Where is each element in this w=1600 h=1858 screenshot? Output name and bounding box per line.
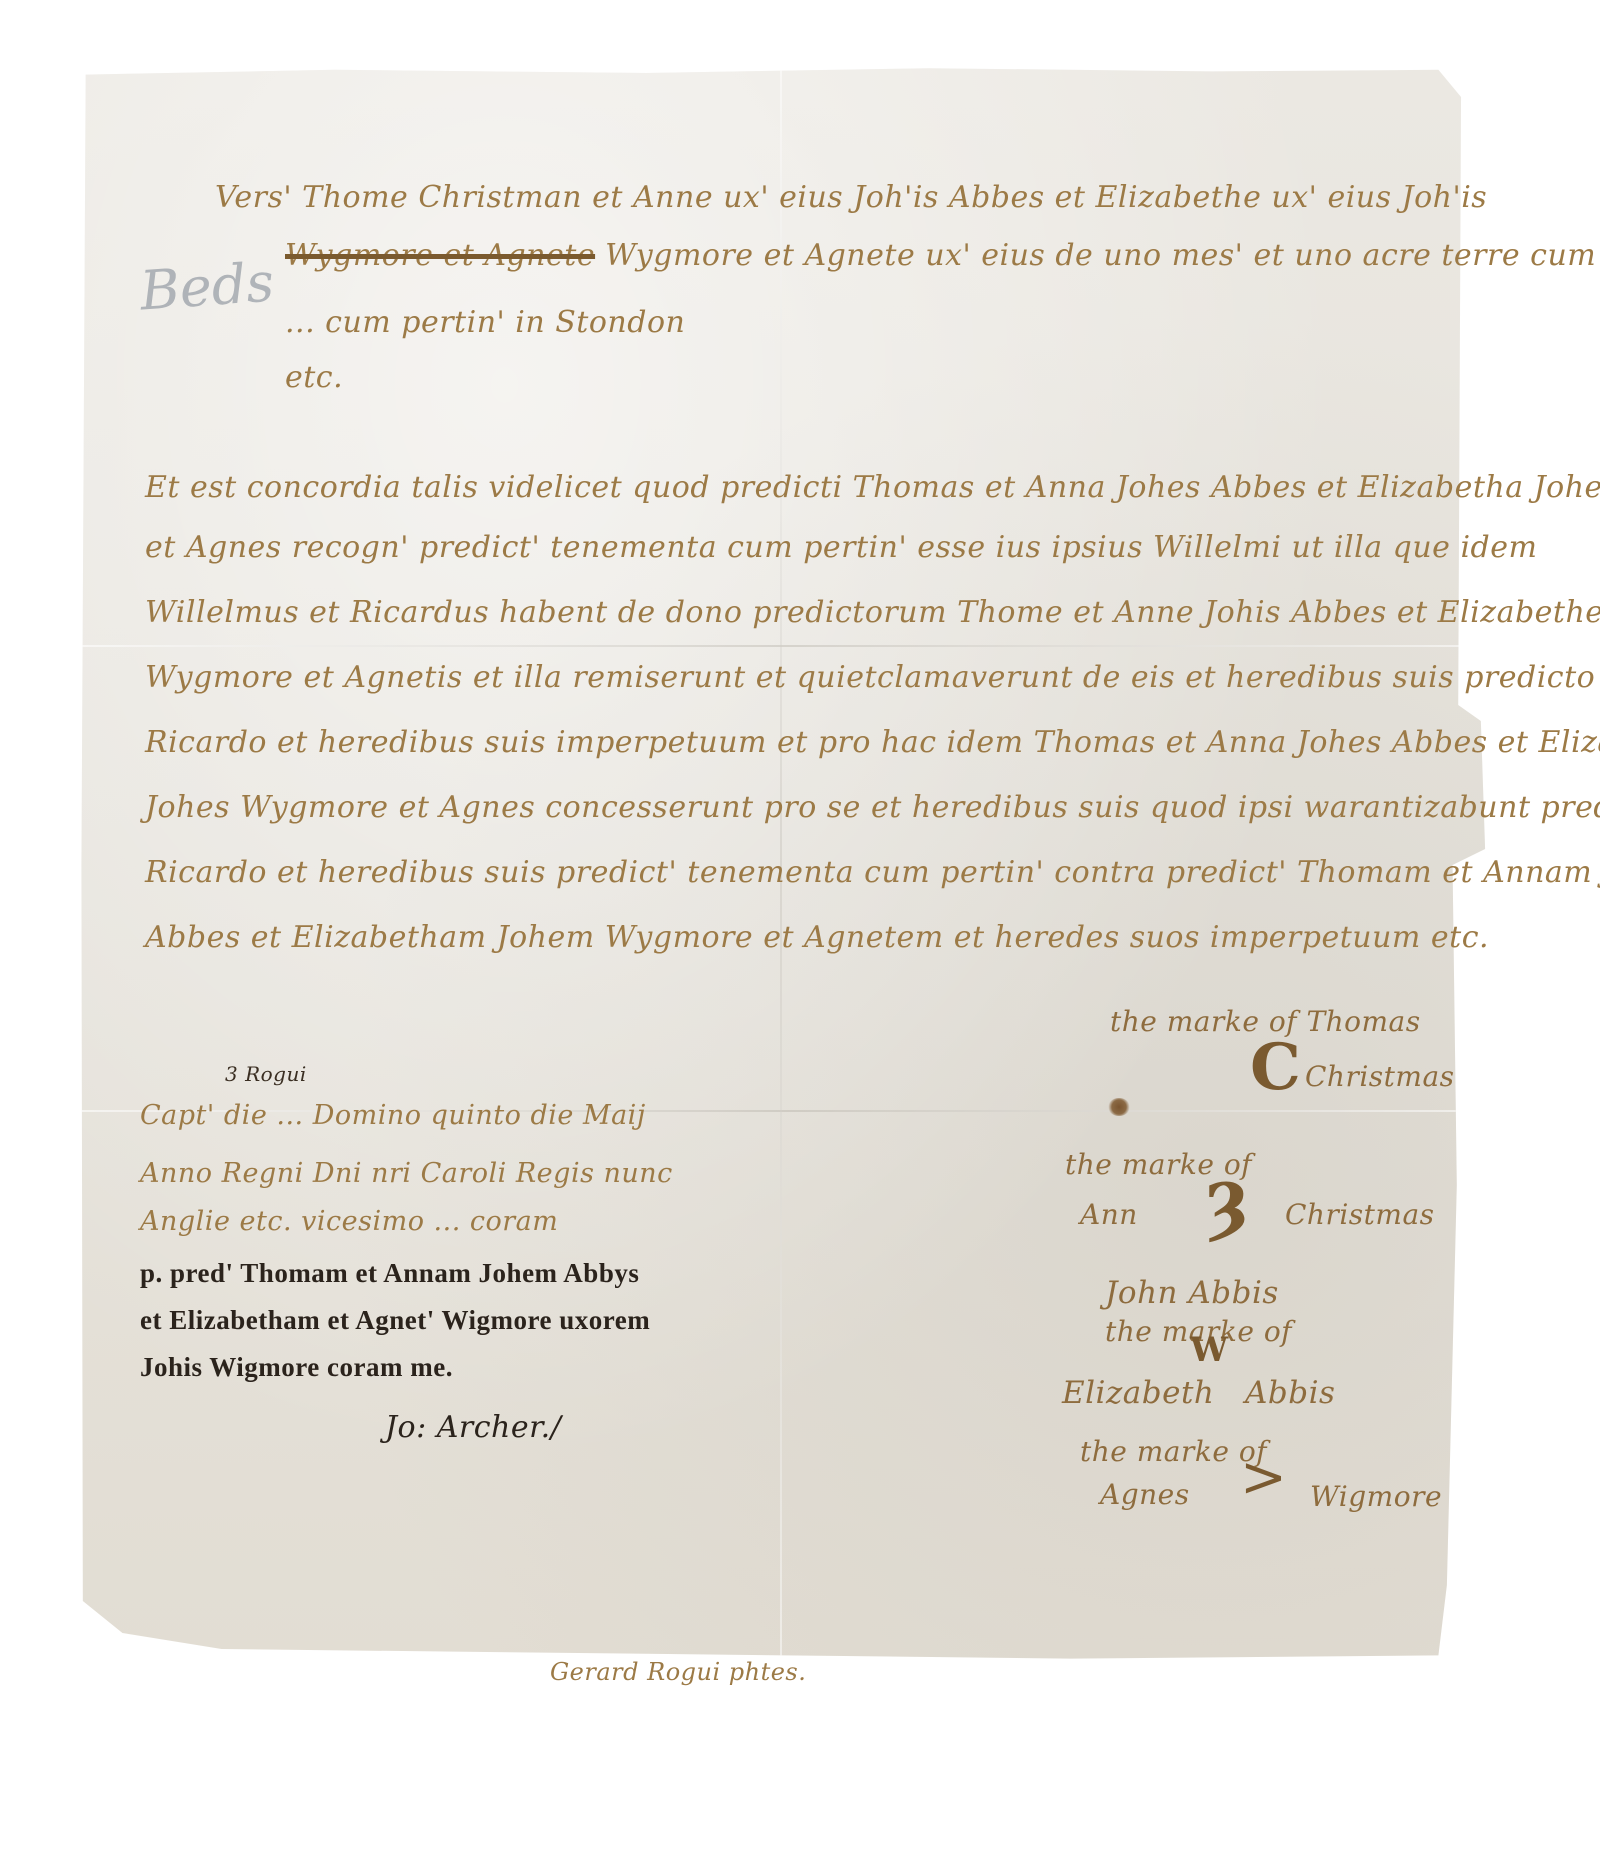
signature-prefix: Agnes [1100, 1478, 1190, 1511]
signers-mark-icon: > [1240, 1445, 1287, 1510]
deleted-text: Wygmore et Agnete [285, 238, 595, 273]
signature-name: John Abbis [1105, 1275, 1279, 1311]
signature-name: Wigmore [1310, 1480, 1442, 1513]
text-line: Johes Wygmore et Agnes concesserunt pro … [145, 790, 1600, 825]
text-line: Wygmore et Agnete Wygmore et Agnete ux' … [285, 238, 1600, 273]
text-line: ... cum pertin' in Stondon [285, 305, 685, 340]
text-fragment: Wygmore et Agnete ux' eius de uno mes' e… [605, 238, 1600, 273]
text-line: et Agnes recogn' predict' tenementa cum … [145, 530, 1537, 565]
clerk-signature: Jo: Archer./ [385, 1410, 561, 1445]
text-line: Anno Regni Dni nri Caroli Regis nunc [140, 1158, 673, 1189]
text-line: Capt' die ... Domino quinto die Maij [140, 1100, 646, 1131]
text-line: Ricardo et heredibus suis imperpetuum et… [145, 725, 1600, 760]
signature-name: Christmas [1285, 1198, 1435, 1231]
signers-mark-icon: C [1250, 1030, 1301, 1105]
signature-prefix: Ann [1080, 1198, 1138, 1231]
pencil-county-note: Beds [138, 250, 276, 322]
text-line: Ricardo et heredibus suis predict' tenem… [145, 855, 1600, 890]
text-line: Et est concordia talis videlicet quod pr… [145, 470, 1600, 505]
text-line: Willelmus et Ricardus habent de dono pre… [145, 595, 1600, 630]
footer-note: Gerard Rogui phtes. [550, 1658, 806, 1686]
fold-crease [80, 645, 1495, 647]
signature-name: Abbis [1245, 1375, 1335, 1411]
signers-mark-icon: Ȝ [1205, 1170, 1249, 1245]
signature-label: the marke of [1080, 1435, 1267, 1468]
text-line: p. pred' Thomam et Annam Johem Abbys [140, 1258, 639, 1289]
interlined-text: 3 Rogui [225, 1062, 307, 1086]
ink-blot [1108, 1098, 1130, 1116]
text-line: et Elizabetham et Agnet' Wigmore uxorem [140, 1305, 650, 1336]
text-line: Johis Wigmore coram me. [140, 1352, 453, 1383]
text-line: etc. [285, 360, 343, 395]
signers-mark-icon: W [1190, 1330, 1228, 1370]
text-line: Abbes et Elizabetham Johem Wygmore et Ag… [145, 920, 1489, 955]
text-line: Anglie etc. vicesimo ... coram [140, 1206, 558, 1237]
signature-name: Christmas [1305, 1060, 1455, 1093]
text-line: Wygmore et Agnetis et illa remiserunt et… [145, 660, 1600, 695]
text-line: Vers' Thome Christman et Anne ux' eius J… [215, 180, 1487, 215]
signature-prefix: Elizabeth [1062, 1375, 1214, 1411]
